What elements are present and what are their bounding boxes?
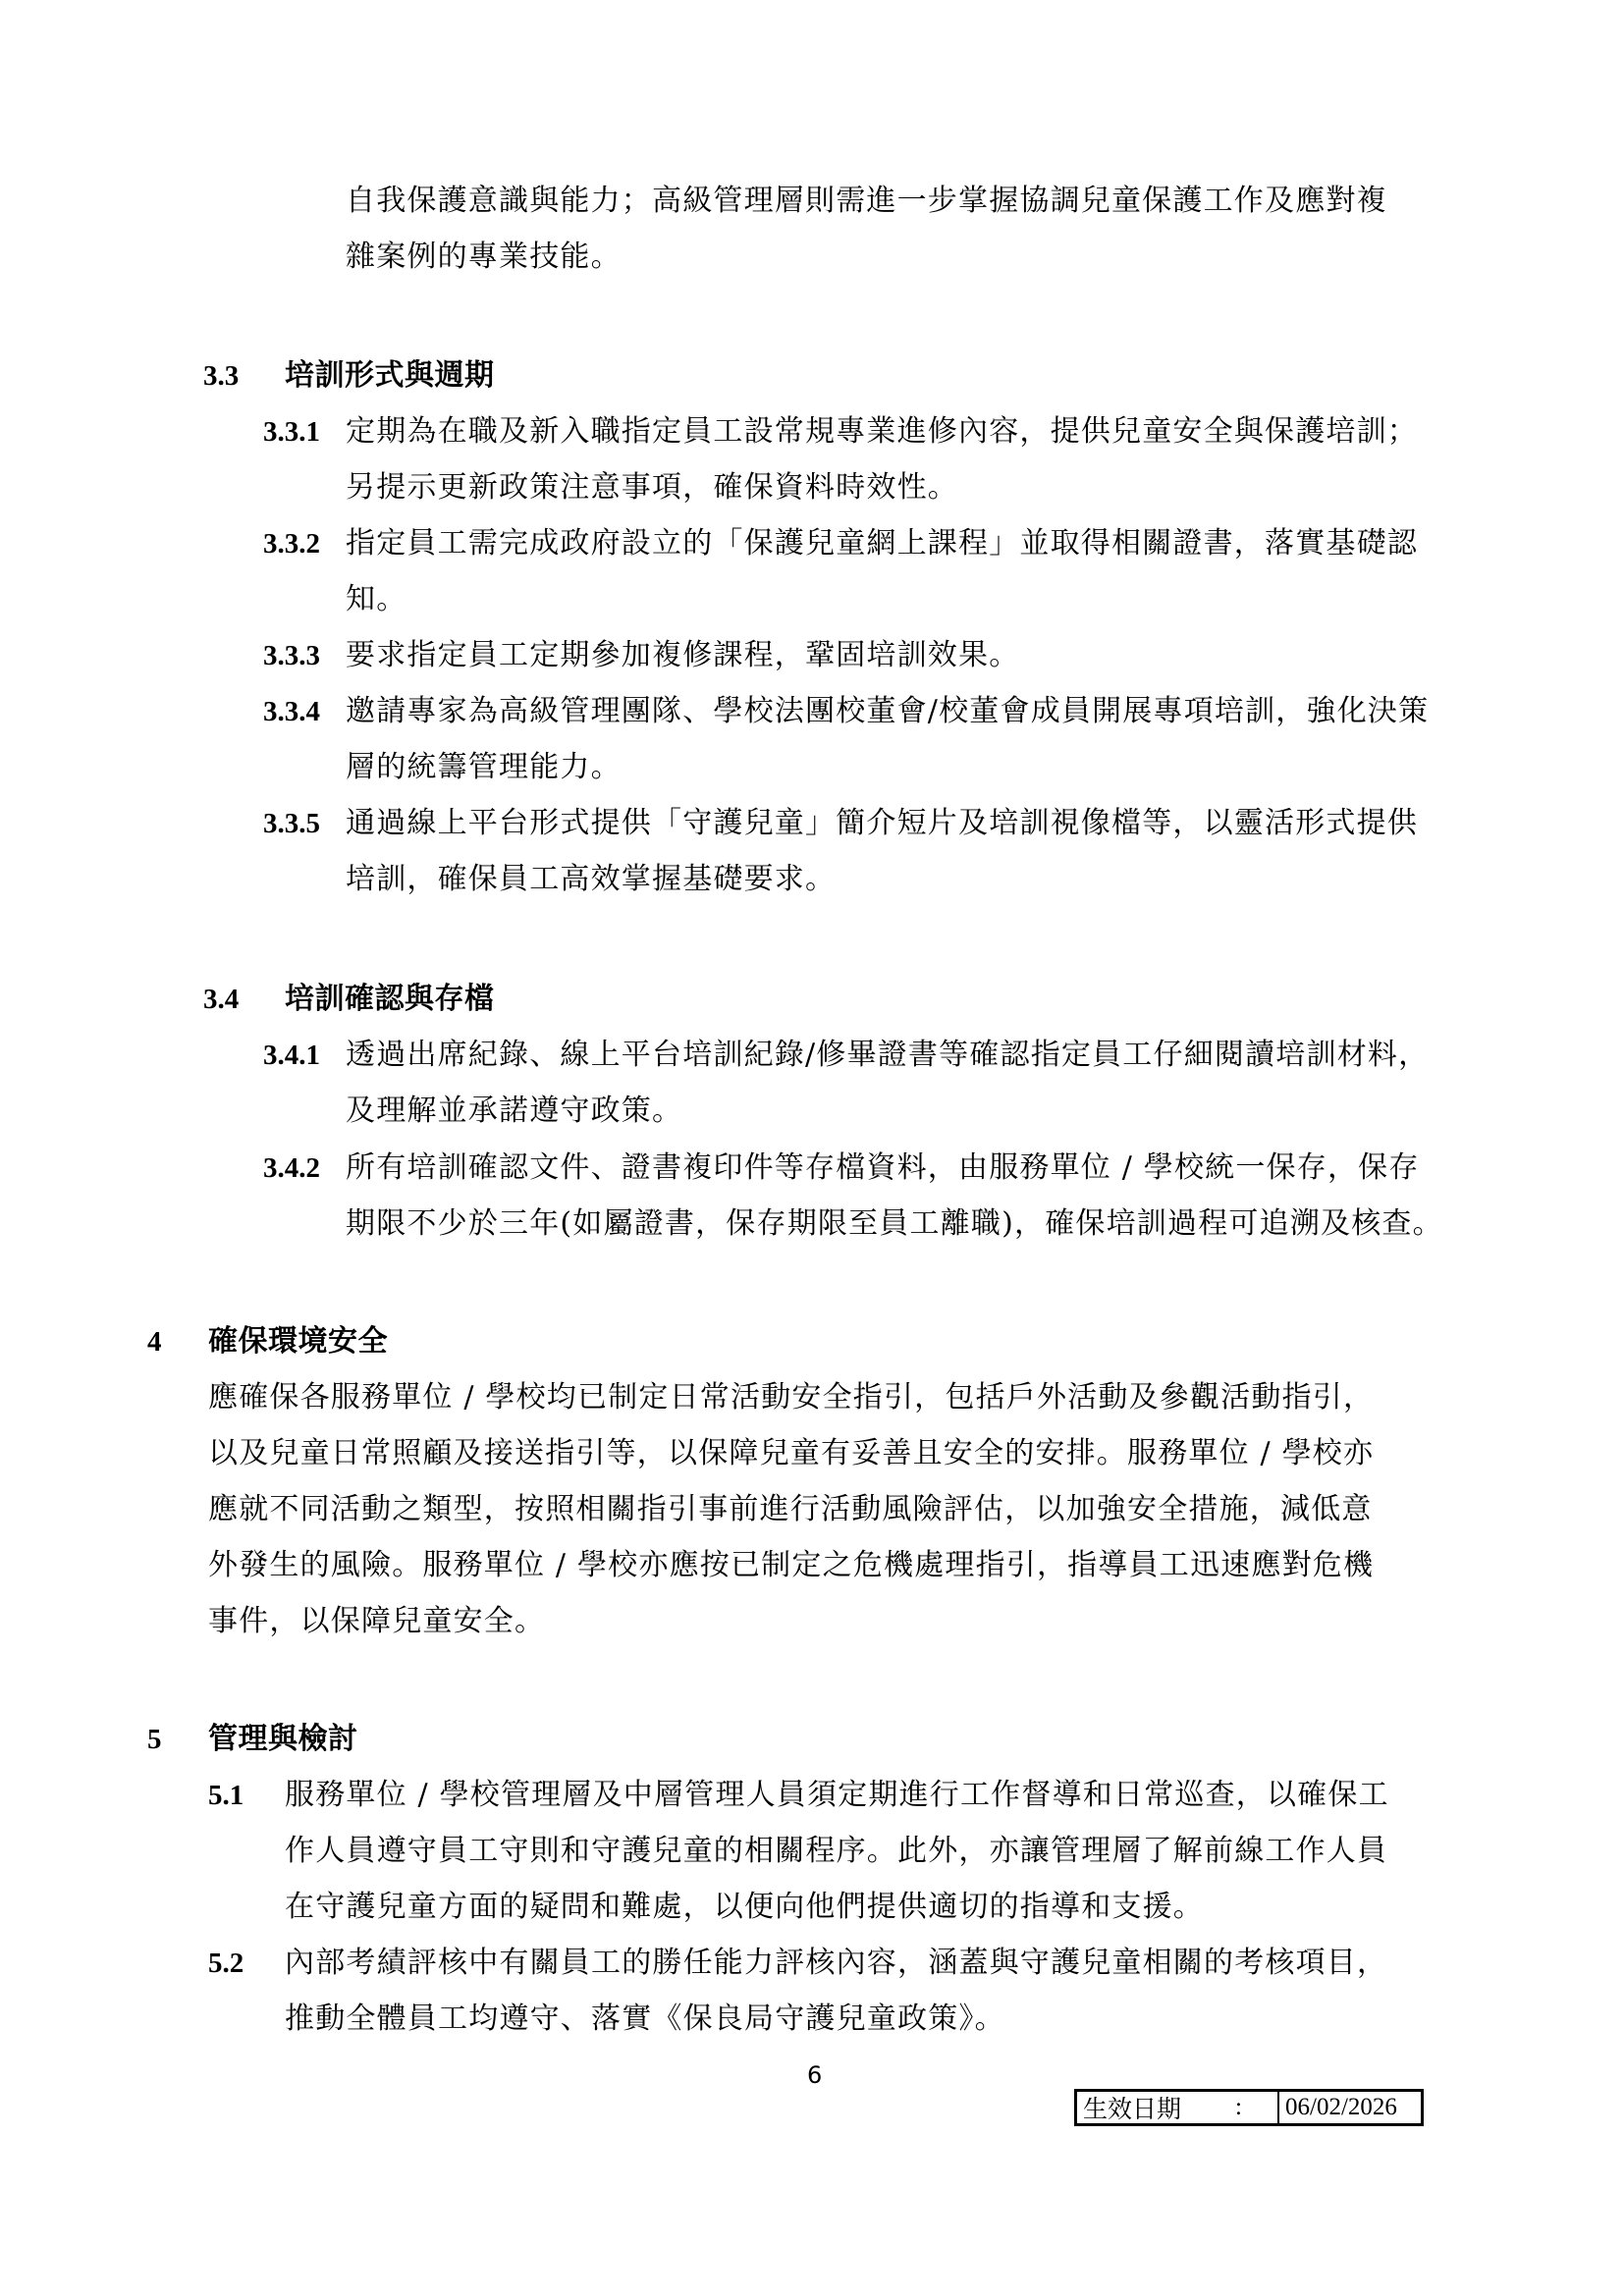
item-text: 知。 — [346, 580, 406, 619]
section-number: 5 — [147, 1720, 162, 1759]
item-number: 3.3.1 — [263, 412, 320, 452]
section-number: 3.4 — [203, 980, 239, 1019]
item-text: 另提示更新政策注意事項，確保資料時效性。 — [346, 468, 958, 507]
continuation-line: 雜案例的專業技能。 — [346, 238, 622, 277]
paragraph-line: 外發生的風險。服務單位 / 學校亦應按已制定之危機處理指引，指導員工迅速應對危機 — [208, 1546, 1374, 1585]
effective-date-box: 生效日期 : 06/02/2026 — [1074, 2089, 1424, 2126]
item-number: 3.4.1 — [263, 1036, 320, 1075]
item-text: 推動全體員工均遵守、落實《保良局守護兒童政策》。 — [285, 2000, 1005, 2039]
item-text: 邀請專家為高級管理團隊、學校法團校董會/校董會成員開展專項培訓，強化決策 — [346, 692, 1429, 731]
continuation-line: 自我保護意識與能力；高級管理層則需進一步掌握協調兒童保護工作及應對複 — [346, 182, 1387, 221]
item-number: 5.2 — [208, 1944, 244, 1983]
item-text: 要求指定員工定期參加複修課程，鞏固培訓效果。 — [346, 636, 1019, 675]
section-number: 3.3 — [203, 356, 239, 396]
section-heading: 確保環境安全 — [208, 1322, 388, 1362]
paragraph-line: 應確保各服務單位 / 學校均已制定日常活動安全指引，包括戶外活動及參觀活動指引， — [208, 1378, 1374, 1417]
item-number: 3.4.2 — [263, 1148, 320, 1188]
item-text: 期限不少於三年(如屬證書，保存期限至員工離職)，確保培訓過程可追溯及核查。 — [346, 1204, 1443, 1244]
item-text: 服務單位 / 學校管理層及中層管理人員須定期進行工作督導和日常巡查，以確保工 — [285, 1776, 1389, 1815]
paragraph-line: 事件，以保障兒童安全。 — [208, 1602, 545, 1641]
item-text: 培訓，確保員工高效掌握基礎要求。 — [346, 860, 836, 899]
item-number: 3.3.3 — [263, 636, 320, 675]
section-heading: 管理與檢討 — [208, 1720, 358, 1759]
item-text: 在守護兒童方面的疑問和難處，以便向他們提供適切的指導和支援。 — [285, 1888, 1204, 1927]
item-number: 3.3.2 — [263, 524, 320, 563]
page-number: 6 — [807, 2057, 822, 2093]
item-text: 指定員工需完成政府設立的「保護兒童網上課程」並取得相關證書，落實基礎認 — [346, 524, 1418, 563]
section-heading: 培訓形式與週期 — [285, 356, 495, 396]
effective-date-value: 06/02/2026 — [1279, 2092, 1421, 2123]
effective-date-label-cell: 生效日期 : — [1077, 2092, 1279, 2123]
effective-date-colon: : — [1235, 2094, 1242, 2121]
item-text: 及理解並承諾遵守政策。 — [346, 1092, 682, 1131]
section-number: 4 — [147, 1322, 162, 1362]
item-text: 所有培訓確認文件、證書複印件等存檔資料，由服務單位 / 學校統一保存，保存 — [346, 1148, 1420, 1188]
item-number: 3.3.4 — [263, 692, 320, 731]
item-text: 層的統籌管理能力。 — [346, 748, 622, 787]
section-heading: 培訓確認與存檔 — [285, 980, 495, 1019]
paragraph-line: 以及兒童日常照顧及接送指引等，以保障兒童有妥善且安全的安排。服務單位 / 學校亦 — [208, 1434, 1374, 1473]
item-number: 3.3.5 — [263, 804, 320, 843]
document-page: 自我保護意識與能力；高級管理層則需進一步掌握協調兒童保護工作及應對複 雜案例的專… — [0, 0, 1624, 2296]
paragraph-line: 應就不同活動之類型，按照相關指引事前進行活動風險評估，以加強安全措施，減低意 — [208, 1490, 1373, 1529]
effective-date-label: 生效日期 — [1083, 2090, 1181, 2125]
item-text: 內部考績評核中有關員工的勝任能力評核內容，涵蓋與守護兒童相關的考核項目， — [285, 1944, 1387, 1983]
item-text: 透過出席紀錄、線上平台培訓紀錄/修畢證書等確認指定員工仔細閱讀培訓材料， — [346, 1036, 1429, 1075]
item-text: 通過線上平台形式提供「守護兒童」簡介短片及培訓視像檔等，以靈活形式提供 — [346, 804, 1418, 843]
item-number: 5.1 — [208, 1776, 244, 1815]
item-text: 定期為在職及新入職指定員工設常規專業進修內容，提供兒童安全與保護培訓； — [346, 412, 1418, 452]
item-text: 作人員遵守員工守則和守護兒童的相關程序。此外，亦讓管理層了解前線工作人員 — [285, 1832, 1387, 1871]
